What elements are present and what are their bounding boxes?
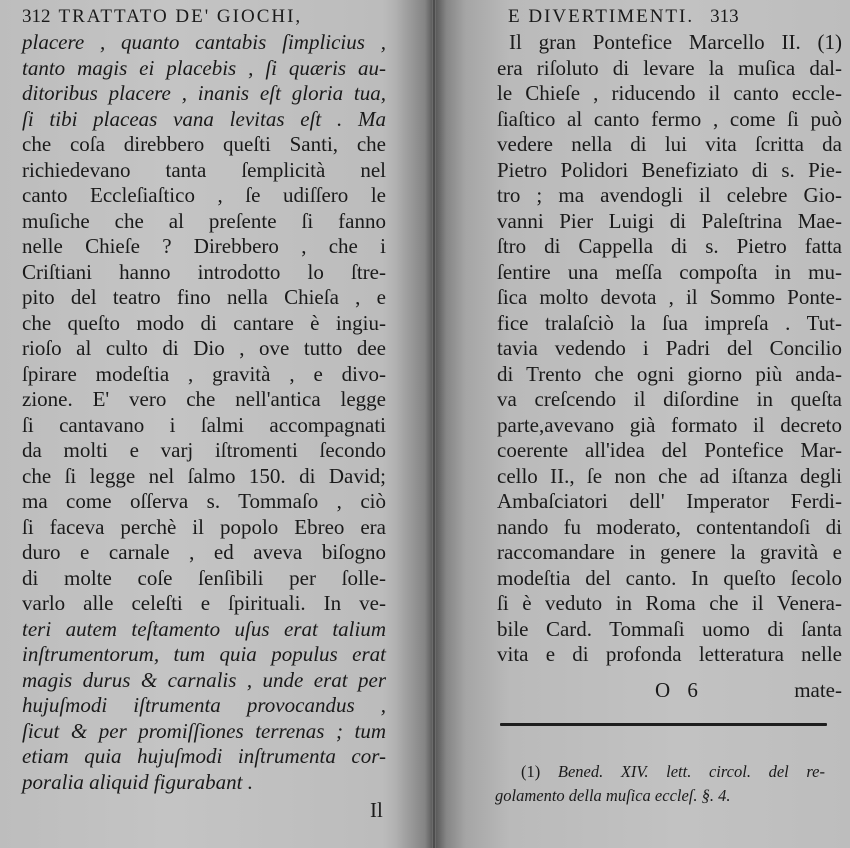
footnote-line-1: (1) Bened. XIV. lett. circol. del re- [495,760,825,784]
text-line: zione. E' vero che nell'antica legge [22,387,386,413]
right-page-body: Il gran Pontefice Marcello II. (1) era r… [497,30,842,668]
text-line: nando fu moderato, contentandoſi di [497,515,842,541]
text-line: tavia vedendo i Padri del Concilio [497,336,842,362]
text-line: richiedevano tanta ſemplicità nel [22,158,386,184]
text-line: inſtrumentorum, tum quia populus erat [22,642,386,668]
page-number-left: 312 [22,6,51,27]
text-line: nelle Chieſe ? Direbbero , che i [22,234,386,260]
text-line: cello II., ſe non che ad iſtanza degli [497,464,842,490]
text-line: ſi è veduto in Roma che il Venera- [497,591,842,617]
text-line: Ambaſciatori dell' Imperator Ferdi- [497,489,842,515]
text-line: magis durus & carnalis , unde erat per [22,668,386,694]
text-line: vita e di profonda letteratura nelle [497,642,842,668]
text-line: bile Card. Tommaſi uomo di ſanta [497,617,842,643]
page-number-right: 313 [710,6,739,27]
text-line: modeſtia del canto. In queſto ſecolo [497,566,842,592]
text-line: che ſi legge nel ſalmo 150. di David; [22,464,386,490]
text-line: hujuſmodi iſtrumenta provocandus , [22,693,386,719]
signature-row: O 6 mate- [497,677,842,703]
footnote: (1) Bened. XIV. lett. circol. del re- go… [495,760,825,808]
text-line: che queſto modo di cantare è ingiu- [22,311,386,337]
footnote-rule [500,723,827,726]
text-line: ſiaſtico al canto fermo , come ſi può [497,107,842,133]
text-line: Pietro Polidori Benefiziato di s. Pie- [497,158,842,184]
book-spread: 312TRATTATO DE' GIOCHI, placere , quanto… [0,0,850,848]
text-line: fice tralaſciò la ſua impreſa . Tut- [497,311,842,337]
text-line: pito del teatro fino nella Chieſa , e [22,285,386,311]
text-line: tanto magis ei placebis , ſi quæris au- [22,56,386,82]
footnote-mark: (1) [521,762,540,781]
signature-mark: O 6 [655,677,704,703]
text-line: di molte coſe ſenſibili per ſolle- [22,566,386,592]
catchword-right: mate- [794,677,842,703]
text-line: da molti e varj iſtromenti ſecondo [22,438,386,464]
text-line: ſtro di Cappella di s. Pietro fatta [497,234,842,260]
text-line: va creſcendo il diſordine in queſta [497,387,842,413]
running-head-right: E DIVERTIMENTI.313 [508,6,739,28]
footnote-text-1: Bened. XIV. lett. circol. del re- [558,762,825,781]
text-line: tro ; ma avendogli il celebre Gio- [497,183,842,209]
text-line: vanni Pier Luigi di Paleſtrina Mae- [497,209,842,235]
text-line: vedere nella di lui vita ſcritta da [497,132,842,158]
text-line: placere , quanto cantabis ſimplicius , [22,30,386,56]
running-head-title-left: TRATTATO DE' GIOCHI, [59,6,303,27]
text-line: ſentire una meſſa compoſta in mu- [497,260,842,286]
left-page-body: placere , quanto cantabis ſimplicius , t… [22,30,386,795]
text-line: teri autem teſtamento uſus erat talium [22,617,386,643]
running-head-title-right: E DIVERTIMENTI. [508,6,694,27]
text-line: ſi cantavano i ſalmi accompagnati [22,413,386,439]
text-line: ma come oſſerva s. Tommaſo , ciò [22,489,386,515]
text-line: ſica molto devota , il Sommo Ponte- [497,285,842,311]
footnote-line-2: golamento della muſica eccleſ. §. 4. [495,784,825,808]
catchword-left: Il [370,798,383,823]
text-line: coerente all'idea del Pontefice Mar- [497,438,842,464]
text-line: di Trento che ogni giorno più anda- [497,362,842,388]
text-line: ſi faceva perchè il popolo Ebreo era [22,515,386,541]
left-page: 312TRATTATO DE' GIOCHI, placere , quanto… [0,0,434,848]
text-line: duro e carnale , ed aveva biſogno [22,540,386,566]
text-line: varlo alle celeſti e ſpirituali. In ve- [22,591,386,617]
text-line: poralia aliquid figurabant . [22,770,386,796]
text-line: raccomandare in genere la gravità e [497,540,842,566]
footnote-text-2: golamento della muſica eccleſ. §. 4. [495,786,731,805]
text-line: Il gran Pontefice Marcello II. (1) [497,30,842,56]
text-line: era riſoluto di levare la muſica dal- [497,56,842,82]
running-head-left: 312TRATTATO DE' GIOCHI, [22,6,302,28]
text-line: ſicut & per promiſſiones terrenas ; tum [22,719,386,745]
text-line: che coſa direbbero queſti Santi, che [22,132,386,158]
text-line: muſiche che al preſente ſi fanno [22,209,386,235]
right-page: E DIVERTIMENTI.313 Il gran Pontefice Mar… [437,0,850,848]
text-line: le Chieſe , riducendo il canto eccle- [497,81,842,107]
text-line: parte,avevano già formato il decreto [497,413,842,439]
text-line: ſi tibi placeas vana levitas eſt . Ma [22,107,386,133]
text-line: ditoribus placere , inanis eſt gloria tu… [22,81,386,107]
text-line: ſpirare modeſtia , gravità , e divo- [22,362,386,388]
text-line: etiam quia hujuſmodi inſtrumenta cor- [22,744,386,770]
text-line: canto Eccleſiaſtico , ſe udiſſero le [22,183,386,209]
text-line: rioſo al culto di Dio , ove tutto dee [22,336,386,362]
text-line: Criſtiani hanno introdotto lo ſtre- [22,260,386,286]
